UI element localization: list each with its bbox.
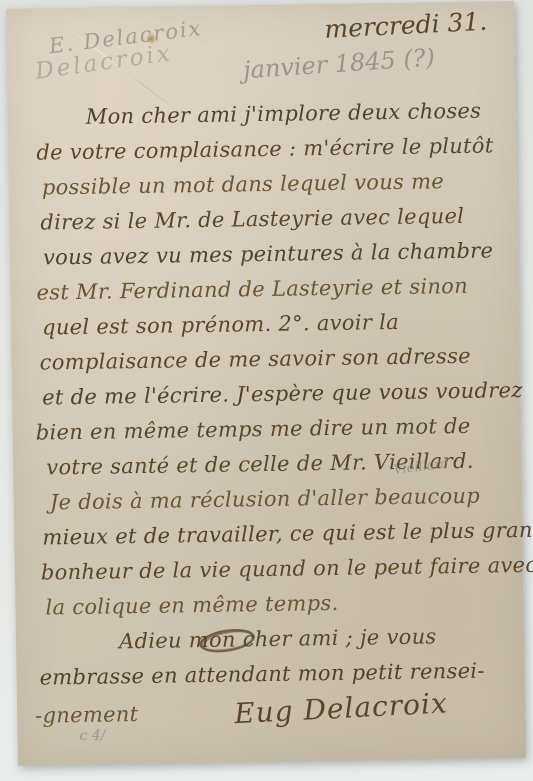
letter-line: est Mr. Ferdinand de Lasteyrie et sinon [36,268,510,310]
closing-text: Adieu mon cher ami ; je vous [119,624,437,653]
delacroix-signature: Eug Delacroix [234,685,449,731]
pencil-bottom-mark: c 4/ [79,728,105,744]
letter-closing-line: Adieu mon cher ami ; je vous [119,618,517,659]
pencil-date-janvier-1845: janvier 1845 (?) [242,43,436,84]
manuscript-page: E. Delacroix Delacroix mercredi 31. janv… [6,1,526,766]
ink-date-mercredi-31: mercredi 31. [324,7,488,44]
photo-background: E. Delacroix Delacroix mercredi 31. janv… [0,0,533,781]
letter-body: Mon cher ami j'implore deux choses de vo… [26,93,518,730]
letter-line: bonheur de la vie quand on le peut faire… [41,548,515,590]
